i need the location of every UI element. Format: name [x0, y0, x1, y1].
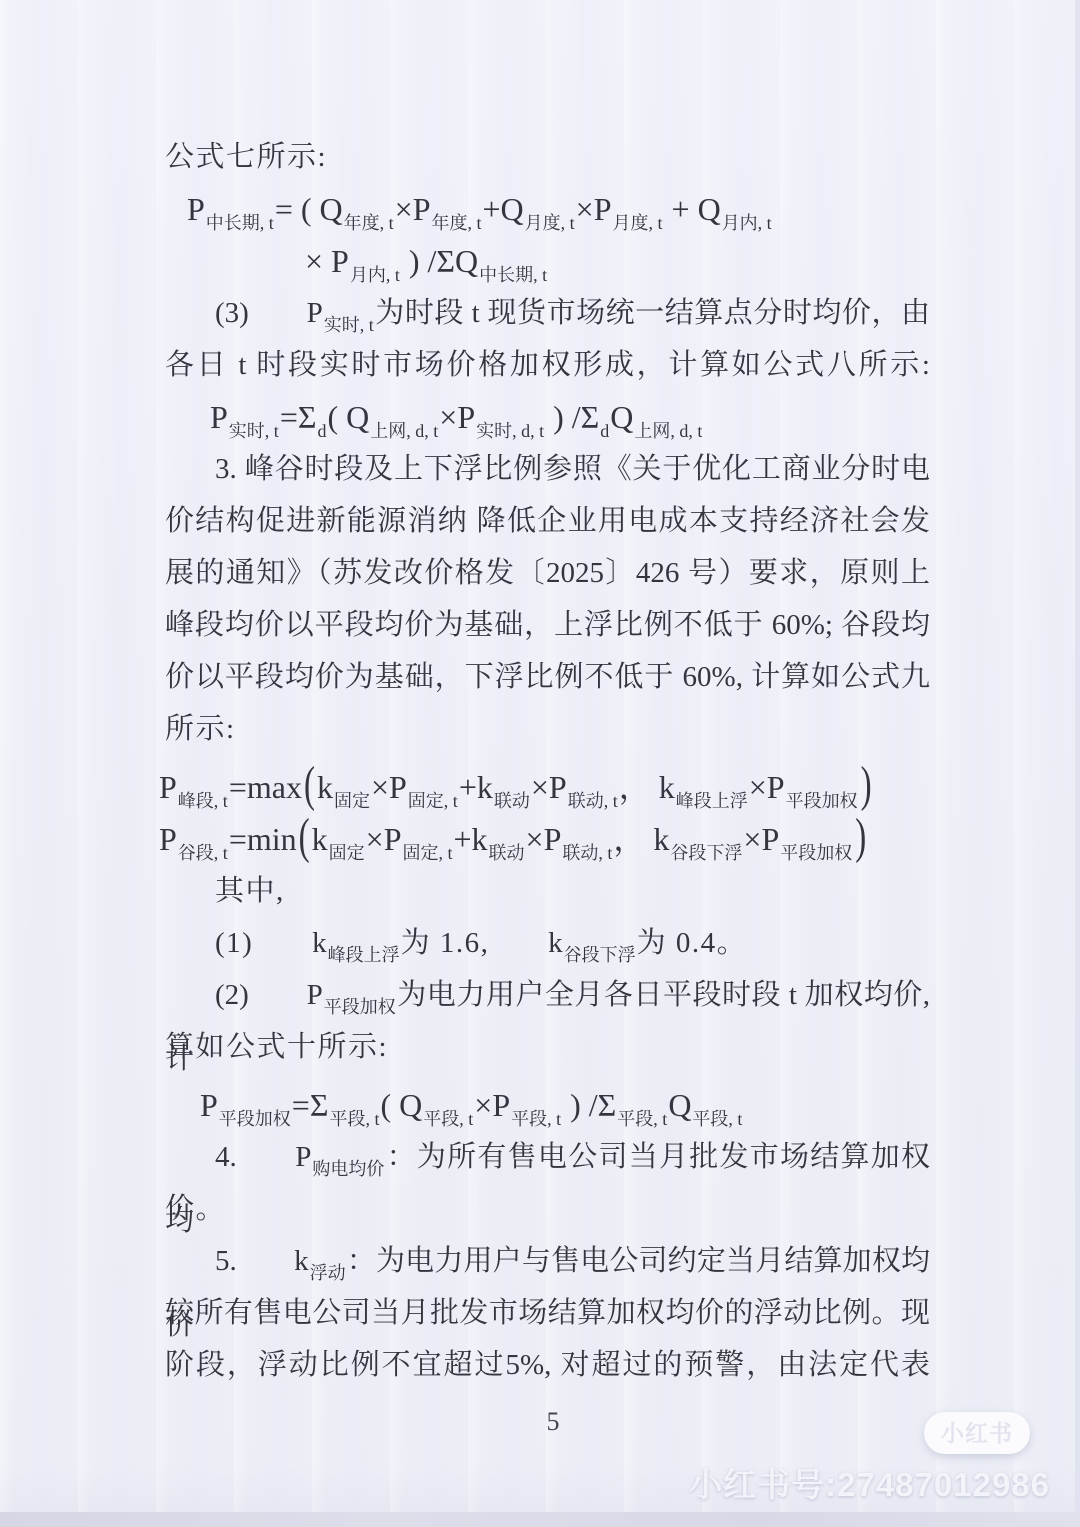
text-run: 阶段，浮动比例不宜超过5%, 对超过的预警，由法定代表	[165, 1349, 930, 1381]
document-line: (2) P平段加权为电力用户全月各日平段时段 t 加权均价,计	[165, 969, 930, 1021]
text-run: 其中,	[215, 875, 285, 907]
text-run: 较所有售电公司当月批发市场结算加权均价的浮动比例。现	[165, 1297, 930, 1329]
text-run: ×	[749, 769, 767, 805]
text-run: +	[664, 191, 698, 227]
big-parenthesis: )	[853, 798, 868, 876]
text-run: ×	[474, 1087, 492, 1123]
document-line: P谷段, t=min(k固定×P固定, t+k联动×P联动, t， k谷段下浮×…	[159, 813, 930, 865]
text-run: 价。	[165, 1193, 226, 1225]
document-line: 价以平段均价为基础，下浮比例不低于 60%, 计算如公式九	[165, 651, 930, 703]
big-parenthesis: (	[297, 798, 312, 876]
text-run: 为 0.4。	[637, 927, 748, 959]
text-run: = (	[275, 191, 320, 227]
page-number: 5	[547, 1402, 560, 1442]
text-run: ×	[743, 821, 761, 857]
document-line: P中长期, t= ( Q年度, t×P年度, t+Q月度, t×P月度, t +…	[165, 183, 930, 235]
scan-edge-right	[1075, 0, 1080, 1527]
document-line: 各日 t 时段实时市场价格加权形成，计算如公式八所示:	[165, 339, 930, 391]
document-body: 公式七所示:P中长期, t= ( Q年度, t×P年度, t+Q月度, t×P月…	[165, 131, 930, 1391]
text-run: 5.	[215, 1245, 244, 1277]
text-run: ×	[366, 821, 384, 857]
formula-variable: P购电均价	[245, 1131, 385, 1195]
text-run: 为 1.6,	[401, 927, 499, 959]
document-line: (1) k峰段上浮为 1.6, k谷段下浮为 0.4。	[165, 917, 930, 969]
text-run: 价结构促进新能源消纳 降低企业用电成本支持经济社会发	[165, 505, 930, 537]
formula-variable: P月度, t	[594, 183, 664, 249]
text-run: 3. 峰谷时段及上下浮比例参照《关于优化工商业分时电	[215, 453, 930, 485]
text-run: 各日 t 时段实时市场价格加权形成，计算如公式八所示:	[165, 349, 930, 381]
document-page: 公式七所示:P中长期, t= ( Q年度, t×P年度, t+Q月度, t×P月…	[0, 0, 1080, 1527]
document-line: 较所有售电公司当月批发市场结算加权均价的浮动比例。现	[165, 1287, 930, 1339]
text-run: 展的通知》（苏发改价格发〔2025〕426 号）要求，原则上	[165, 557, 930, 589]
document-line: P实时, t=Σd( Q上网, d, t×P实时, d, t ) /ΣdQ上网,…	[165, 391, 930, 443]
text-run: =	[292, 1087, 310, 1123]
text-run: ×	[531, 769, 549, 805]
formula-variable: k联动	[472, 813, 526, 879]
xiaohongshu-logo-badge: 小红书	[924, 1412, 1030, 1454]
document-line: 5. k浮动：为电力用户与售电公司约定当月结算加权均价	[165, 1235, 930, 1287]
text-run: ×	[371, 769, 389, 805]
text-run: ) /Σ	[401, 243, 455, 279]
formula-variable: Q月内, t	[698, 183, 773, 249]
text-run: ) /	[545, 399, 581, 435]
text-run: 4.	[215, 1141, 245, 1173]
text-run: 公式七所示:	[165, 141, 327, 173]
text-run: ，	[619, 769, 659, 805]
text-run: (	[327, 399, 346, 435]
scan-edge-bottom	[0, 1512, 1080, 1527]
text-run: (1)	[215, 927, 262, 959]
text-run: 峰段均价以平段均价为基础，上浮比例不低于 60%; 谷段均	[165, 609, 930, 641]
document-line: 阶段，浮动比例不宜超过5%, 对超过的预警，由法定代表	[165, 1339, 930, 1391]
document-line: 所示:	[165, 703, 930, 755]
text-run: ×	[305, 243, 331, 279]
text-run: (	[380, 1087, 399, 1123]
text-run: ) /	[562, 1087, 598, 1123]
document-line: 展的通知》（苏发改价格发〔2025〕426 号）要求，原则上	[165, 547, 930, 599]
formula-variable: k谷段下浮	[653, 813, 743, 879]
document-line: P平段加权=Σ平段, t( Q平段, t×P平段, t ) /Σ平段, tQ平段…	[165, 1079, 930, 1131]
formula-variable: P固定, t	[384, 813, 454, 879]
formula-variable: k固定	[312, 813, 366, 879]
document-line: 4. P购电均价：为所有售电公司当月批发市场结算加权均	[165, 1131, 930, 1183]
document-line: 算如公式十所示:	[165, 1021, 930, 1073]
text-run: 算如公式十所示:	[165, 1031, 388, 1063]
text-run: =	[280, 399, 298, 435]
text-run: (3)	[215, 297, 257, 329]
formula-variable: P中长期, t	[187, 183, 275, 249]
text-run: +	[483, 191, 501, 227]
formula-variable: P平段加权	[761, 813, 853, 879]
document-line: P峰段, t=max(k固定×P固定, t+k联动×P联动, t， k峰段上浮×…	[159, 761, 930, 813]
document-line: 价结构促进新能源消纳 降低企业用电成本支持经济社会发	[165, 495, 930, 547]
text-run: =max	[229, 769, 302, 805]
text-run: +	[454, 821, 472, 857]
text-run: ×	[439, 399, 457, 435]
text-run: 价以平段均价为基础，下浮比例不低于 60%, 计算如公式九	[165, 661, 930, 693]
text-run: 所示:	[165, 713, 236, 745]
text-run: ×	[576, 191, 594, 227]
text-run: ，	[613, 821, 653, 857]
text-run: (2)	[215, 979, 257, 1011]
document-line: (3) P实时, t为时段 t 现货市场统一结算点分时均价，由	[165, 287, 930, 339]
text-run: =min	[229, 821, 297, 857]
formula-variable: P联动, t	[544, 813, 614, 879]
text-run: +	[459, 769, 477, 805]
text-run: 为时段 t 现货市场统一结算点分时均价，由	[375, 297, 930, 329]
document-line: × P月内, t ) /ΣQ中长期, t	[165, 235, 930, 287]
text-run: ×	[395, 191, 413, 227]
document-line: 3. 峰谷时段及上下浮比例参照《关于优化工商业分时电	[165, 443, 930, 495]
document-line: 公式七所示:	[165, 131, 930, 183]
watermark-account-id: 小红书号:27487012986	[689, 1459, 1050, 1506]
text-run: ×	[526, 821, 544, 857]
document-line: 峰段均价以平段均价为基础，上浮比例不低于 60%; 谷段均	[165, 599, 930, 651]
